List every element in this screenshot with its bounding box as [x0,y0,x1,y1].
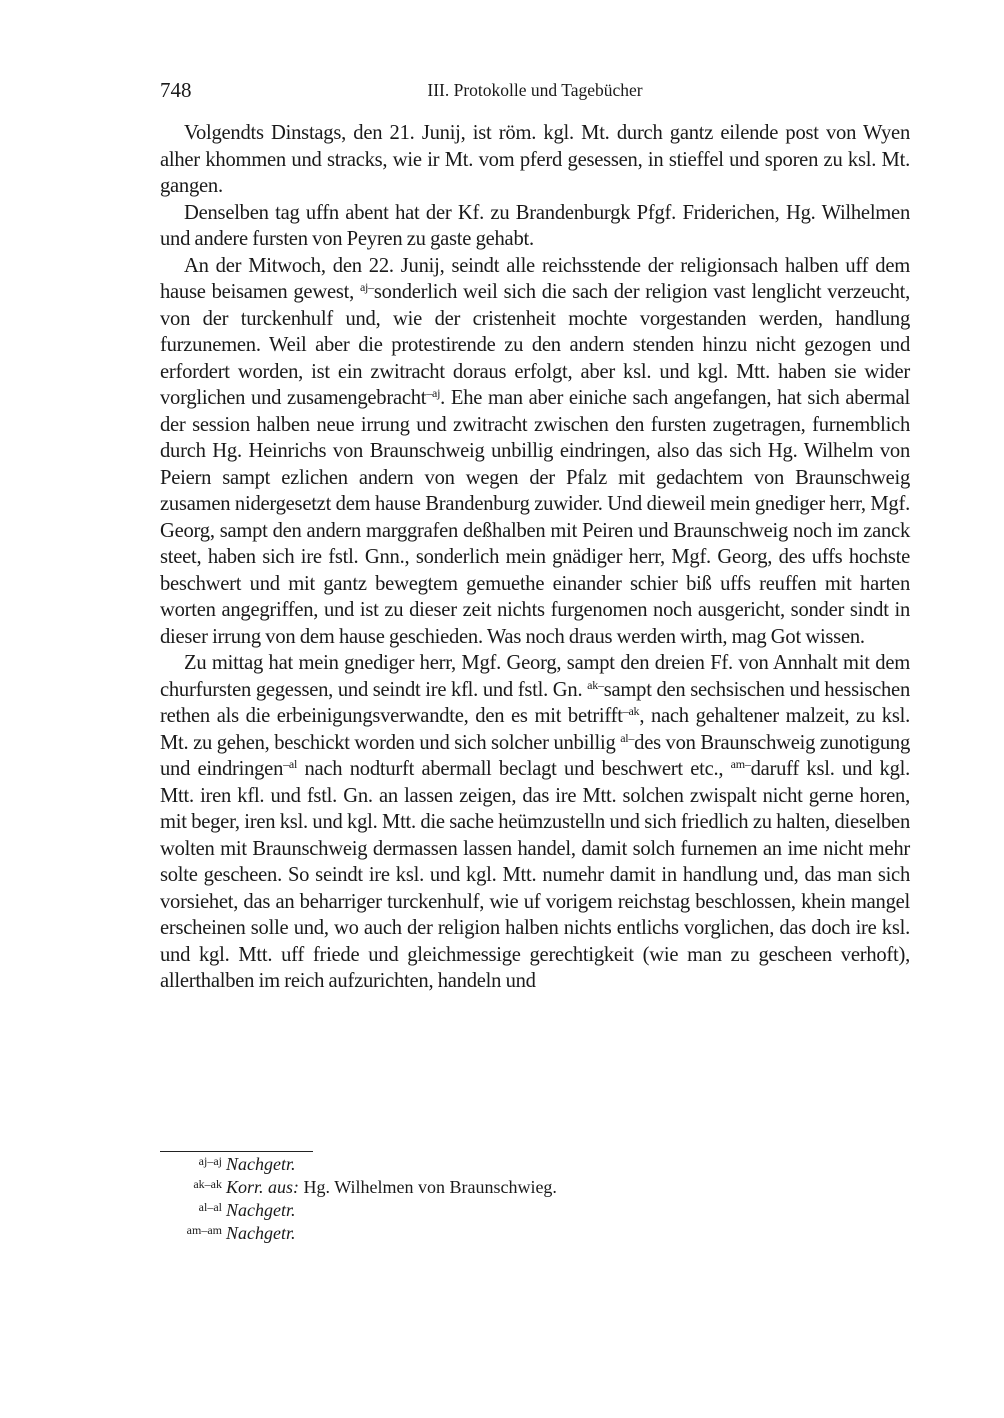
footnotes: aj–ajNachgetr. ak–akKorr. aus: Hg. Wilhe… [160,1153,760,1245]
text-run: nach nodturft abermall beclagt und besch… [297,758,731,780]
footnote-text: Hg. Wilhelmen von Braunschwieg. [299,1177,557,1197]
footnote: am–amNachgetr. [160,1222,760,1245]
footnote-siglum: –ak [623,704,640,718]
footnote-siglum: –aj [426,386,440,400]
text-run: Volgendts Dinstags, den 21. Junij, ist r… [160,122,910,197]
text-run: . Ehe man aber einiche sach angefangen, … [160,387,910,648]
footnote-italic: Nachgetr. [226,1223,296,1243]
footnote-italic: Korr. aus: [226,1177,299,1197]
footnote-italic: Nachgetr. [226,1200,296,1220]
footnote-siglum: ak– [587,678,604,692]
paragraph: Denselben tag uffn abent hat der Kf. zu … [160,200,910,253]
footnote-siglum: aj– [360,280,374,294]
paragraph: An der Mitwoch, den 22. Junij, seindt al… [160,253,910,651]
footnote: aj–ajNachgetr. [160,1153,760,1176]
footnote-rule [160,1151,313,1152]
page-header: 748 III. Protokolle und Tagebücher [160,78,910,108]
footnote: ak–akKorr. aus: Hg. Wilhelmen von Brauns… [160,1176,760,1199]
paragraph: Volgendts Dinstags, den 21. Junij, ist r… [160,120,910,200]
text-run: daruff ksl. und kgl. Mtt. iren kfl. und … [160,758,910,992]
body-text: Volgendts Dinstags, den 21. Junij, ist r… [160,120,910,995]
footnote-italic: Nachgetr. [226,1154,296,1174]
footnote-siglum: am– [731,757,751,771]
footnote-siglum: al– [620,731,634,745]
footnote: al–alNachgetr. [160,1199,760,1222]
text-run: Denselben tag uffn abent hat der Kf. zu … [160,202,910,251]
running-head: III. Protokolle und Tagebücher [160,80,910,101]
paragraph: Zu mittag hat mein gnediger herr, Mgf. G… [160,650,910,995]
footnote-siglum: –al [283,757,297,771]
